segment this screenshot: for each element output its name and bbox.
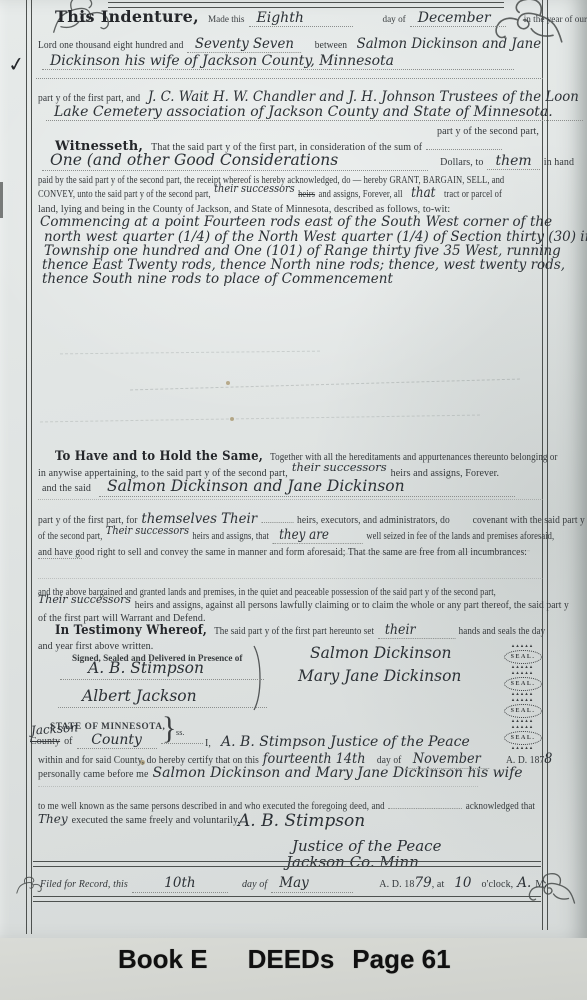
- handwritten-successors: their successors: [214, 182, 295, 195]
- paper-crease: [130, 379, 520, 391]
- freely-text: executed the same freely and voluntarily…: [72, 815, 240, 826]
- form-rule: [38, 499, 543, 500]
- came-text: personally came before me: [38, 769, 149, 780]
- handwritten-notary-signature: A. B. Stimpson: [238, 811, 365, 831]
- handwritten-filing-month: May: [271, 876, 353, 893]
- handwritten-them: them: [487, 153, 539, 170]
- seal-label: SEAL.: [504, 677, 542, 691]
- handwritten-grantor-signature-2: Mary Jane Dickinson: [298, 667, 461, 685]
- left-border-rule: [26, 0, 32, 934]
- seal-label: SEAL.: [504, 731, 542, 745]
- form-rule: [38, 786, 478, 787]
- scan-edge-artifact: [0, 182, 3, 218]
- handwritten-consideration: One (and other Good Considerations: [42, 152, 428, 171]
- filing-line: Filed for Record, this 10th day of May A…: [40, 874, 547, 893]
- handwritten-they: They: [38, 812, 68, 826]
- day-of-label: day of: [383, 14, 406, 24]
- persons-line: personally came before me Salmon Dickins…: [38, 764, 523, 782]
- foxing-stain: [230, 417, 234, 421]
- handwritten-month: December: [410, 10, 506, 27]
- handwritten-filing-year: 79: [415, 875, 432, 891]
- freely-line: They executed the same freely and volunt…: [38, 810, 240, 828]
- ad-label: A. D. 18: [379, 879, 414, 890]
- seized-text: well seized in fee of the lands and prem…: [366, 531, 554, 542]
- seal-label: SEAL.: [504, 704, 542, 718]
- heirs-exec-text: heirs, executors, and administrators, do: [297, 515, 450, 526]
- handwritten-day: Eighth: [249, 10, 353, 27]
- deed-opening-line-2: Lord one thousand eight hundred and Seve…: [38, 35, 541, 53]
- consideration-line: One (and other Good Considerations Dolla…: [42, 152, 574, 171]
- seal-icon: ▴▴▴▴▴ SEAL. ▴▴▴▴▴: [504, 698, 542, 724]
- record-caption: Book E DEEDs Page 61: [118, 944, 451, 975]
- grantor-signature-2: Mary Jane Dickinson: [298, 668, 461, 686]
- handwritten-persons: Salmon Dickinson and Mary Jane Dickinson…: [153, 765, 523, 781]
- seal-label: SEAL.: [504, 650, 542, 664]
- form-blank: [261, 522, 293, 523]
- in-hand-label: in hand: [544, 157, 574, 168]
- notary-signature-line: A. B. Stimpson: [238, 812, 365, 832]
- caption-page: Page 61: [352, 944, 450, 975]
- caption-book: Book E: [118, 944, 208, 975]
- form-blank: [388, 808, 462, 809]
- form-rule: [36, 78, 543, 79]
- witness-signature-2: Albert Jackson: [58, 688, 267, 708]
- seal-ornament: ▴▴▴▴▴: [504, 725, 542, 730]
- ss-label-line: ss.: [176, 722, 185, 740]
- handwritten-grantors-1: Salmon Dickinson and Jane: [357, 36, 542, 52]
- filed-label: Filed for Record, this: [40, 879, 128, 890]
- witness-signature-1: A. B. Stimpson: [60, 660, 264, 680]
- seal-icon: ▴▴▴▴▴ SEAL. ▴▴▴▴▴: [504, 644, 542, 670]
- m-label: M.: [535, 879, 547, 890]
- margin-checkmark-icon: ✓: [6, 51, 26, 77]
- deed-paper: ✓ This Indenture, Made this Eighth day o…: [0, 0, 587, 938]
- ss-label: ss.: [176, 728, 185, 737]
- seal-ornament: ▴▴▴▴▴: [504, 671, 542, 676]
- form-blank: [426, 149, 502, 150]
- handwritten-grantor-signature-1: Salmon Dickinson: [310, 644, 451, 662]
- acknowledged-text: acknowledged that: [466, 801, 535, 812]
- handwritten-year: Seventy Seven: [187, 36, 301, 53]
- at-label: , at: [432, 879, 445, 890]
- of-label: of: [64, 736, 73, 747]
- paper-crease: [60, 351, 320, 355]
- handwritten-year-digit: 8: [544, 751, 552, 767]
- day-of-label: day of: [242, 879, 267, 890]
- between-label: between: [315, 40, 347, 51]
- seal-ornament: ▴▴▴▴▴: [504, 698, 542, 703]
- handwritten-their: their: [378, 622, 455, 639]
- foxing-stain: [226, 381, 230, 385]
- deed-photo-page: { "caption": { "book": "Book E", "type":…: [0, 0, 587, 1000]
- seal-icon: ▴▴▴▴▴ SEAL. ▴▴▴▴▴: [504, 725, 542, 751]
- handwritten-county-fill: County: [77, 732, 157, 749]
- second-part-text: of the second part,: [38, 531, 102, 542]
- deed-title: This Indenture,: [55, 7, 199, 26]
- seal-ornament: ▴▴▴▴▴: [504, 644, 542, 649]
- dollars-to-label: Dollars, to: [440, 157, 483, 168]
- deed-opening-line-3: Dickinson his wife of Jackson County, Mi…: [42, 52, 514, 70]
- handwritten-successors: Their successors: [106, 524, 189, 537]
- heirs-assigns-text: heirs and assigns, that: [192, 531, 269, 542]
- land-description-line: thence South nine rods to place of Comme…: [42, 270, 393, 288]
- seal-icon: ▴▴▴▴▴ SEAL. ▴▴▴▴▴: [504, 671, 542, 697]
- paper-crease: [40, 415, 480, 423]
- testimony-text-2: hands and seals the day: [459, 626, 546, 637]
- and-said-label: and the said: [42, 483, 91, 494]
- tract-text: tract or parcel of: [444, 189, 502, 200]
- handwritten-grantors-2: Dickinson his wife of Jackson County, Mi…: [42, 53, 514, 70]
- second-part-label: part y of the second part,: [437, 126, 539, 137]
- form-rule: [38, 558, 82, 559]
- form-rule: [38, 578, 543, 579]
- ss-brace: }: [162, 713, 176, 745]
- description-text: thence South nine rods to place of Comme…: [42, 271, 393, 287]
- i-label: I,: [205, 738, 211, 749]
- covenant-with-text: covenant with the said part y: [473, 515, 585, 526]
- handwritten-witness-2: Albert Jackson: [58, 688, 267, 708]
- handwritten-successors: Their successors: [38, 593, 131, 606]
- handwritten-filing-hour: 10: [454, 875, 471, 891]
- handwritten-grantor-names: Salmon Dickinson and Jane Dickinson: [99, 478, 515, 497]
- oclock-label: o'clock,: [482, 879, 514, 890]
- handwritten-meridiem: A.: [517, 875, 531, 891]
- handwritten-successors: their successors: [292, 461, 387, 474]
- deed-opening-line-1: This Indenture, Made this Eighth day of …: [55, 8, 587, 27]
- county-struck-label: County: [30, 736, 60, 747]
- habendum-heading: To Have and to Hold the Same,: [55, 449, 263, 464]
- officer-line: I, A. B. Stimpson Justice of the Peace: [205, 733, 470, 751]
- made-this-label: Made this: [208, 14, 245, 24]
- testimony-text-1: The said part y of the first part hereun…: [214, 626, 374, 637]
- handwritten-grantees-2: Lake Cemetery association of Jackson Cou…: [46, 104, 583, 121]
- handwritten-filing-day: 10th: [132, 876, 228, 893]
- year-intro-label: in the year of our: [524, 14, 587, 24]
- handwritten-officer: A. B. Stimpson Justice of the Peace: [221, 734, 470, 750]
- lord-year-label: Lord one thousand eight hundred and: [38, 40, 184, 51]
- filing-box-bottom-rule: [33, 896, 541, 902]
- grantees-line-2: Lake Cemetery association of Jackson Cou…: [46, 103, 583, 121]
- filing-ornament-icon: [16, 868, 42, 902]
- and-the-said-line: and the said Salmon Dickinson and Jane D…: [42, 478, 515, 497]
- caption-type: DEEDs: [248, 944, 335, 975]
- filing-box-top-rule: [33, 861, 541, 867]
- handwritten-witness-1: A. B. Stimpson: [60, 660, 264, 680]
- grantor-signature-1: Salmon Dickinson: [310, 645, 451, 663]
